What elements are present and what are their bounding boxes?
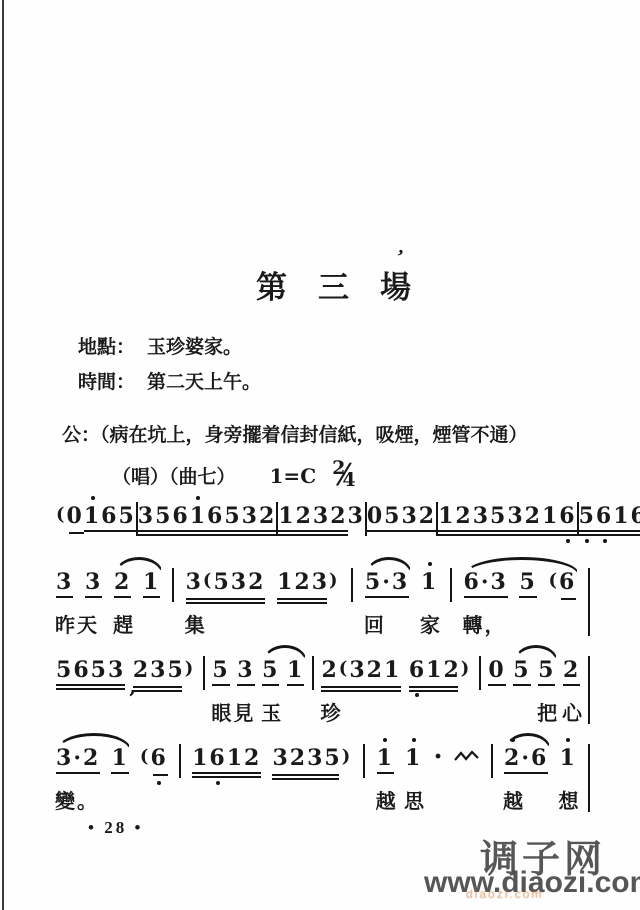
lyric: 思 [404, 785, 426, 814]
time-line: 時間：第二天上午。 [78, 365, 261, 400]
note-digit: 2 [443, 657, 460, 683]
note-token: 5 [519, 569, 536, 599]
note-digit: 2 [259, 503, 276, 529]
note-token: 1612 [192, 745, 261, 775]
note-digit: 5 [213, 569, 230, 595]
note-digit: 6 [73, 657, 90, 683]
note-digit: 5 [365, 569, 382, 595]
stage-direction-text: （病在坑上，身旁擺着信封信紙，吸煙，煙管不通） [100, 425, 528, 446]
note-digit: 2 [114, 569, 131, 595]
note-digit: 1 [438, 503, 455, 529]
key-signature: 1=C [270, 464, 317, 488]
note-token: 1 [111, 745, 128, 775]
note-token: (6 [140, 745, 168, 777]
note-digit: 3 [242, 503, 259, 529]
note-group: 5·3 [365, 569, 409, 599]
note-digit: 2 [83, 745, 100, 771]
note-group: 1 [421, 569, 438, 599]
note-digit: 1 [426, 657, 443, 683]
music-system: (0165356165321232305321235321656161) [56, 503, 590, 553]
stage-direction: 公：（病在坑上，身旁擺着信封信紙，吸煙，煙管不通） [62, 420, 528, 447]
grace-paren: ) [342, 744, 353, 770]
note-group: 1612 [192, 745, 261, 775]
note-digit: 1 [560, 745, 577, 771]
lyric: 眼見 [211, 697, 255, 726]
note-digit: 1 [192, 745, 209, 771]
note-digit: 3 [231, 569, 248, 595]
note-digit: 3 [56, 745, 73, 771]
note-group: 2 [563, 657, 580, 687]
note-group: 5 [513, 657, 530, 687]
note-digit: 3 [312, 569, 329, 595]
note-digit: 1 [111, 745, 128, 771]
note-token: 5把 [538, 657, 555, 687]
time-signature: 2⁄4 [332, 466, 355, 488]
note-token: 5玉 [262, 657, 279, 687]
note-group: 3 [237, 657, 254, 687]
note-digit: 5 [262, 657, 279, 683]
note-token: 0 [488, 657, 505, 687]
barline [588, 656, 590, 724]
note-group: 5 [384, 503, 401, 533]
note-digit: · [73, 745, 83, 771]
lyric: 想 [559, 785, 581, 814]
note-digit: 1 [143, 569, 160, 595]
note-group: 5653, [56, 657, 125, 687]
grace-paren: ( [56, 502, 67, 528]
barline [351, 568, 353, 602]
note-digit: 3 [237, 657, 254, 683]
song-cues: （唱）（曲七） [112, 467, 236, 488]
note-group: 123) [277, 569, 339, 601]
note-digit: 5 [91, 657, 108, 683]
note-digit: 3 [349, 657, 366, 683]
note-group: 3216 [507, 503, 576, 533]
note-token: 2 [419, 503, 436, 533]
note-group: 1 [287, 657, 304, 687]
barline [312, 656, 314, 690]
note-digit: 1 [287, 657, 304, 683]
note-digit: 5 [212, 657, 229, 683]
note-digit: 6 [150, 745, 167, 771]
note-token: 123) [277, 569, 339, 601]
note-token: 1 [287, 657, 304, 687]
note-group: 5 [262, 657, 279, 687]
lyric: 越 [376, 785, 398, 814]
barline [203, 656, 205, 690]
note-digit: · [481, 569, 491, 595]
note-digit: 2 [294, 569, 311, 595]
note-group: 2 [114, 569, 131, 599]
barline [172, 568, 174, 602]
note-digit: 5 [579, 503, 596, 529]
note-group: 612) [409, 657, 471, 689]
note-digit: 1 [542, 503, 559, 529]
note-digit: 0 [67, 503, 84, 529]
note-digit: 1 [384, 657, 401, 683]
note-group: 5 [118, 503, 135, 533]
note-token: 3昨天 [56, 569, 73, 599]
note-token: 612) [409, 657, 471, 689]
note-token: (0 [56, 503, 84, 535]
barline [588, 568, 590, 636]
grace-paren: ) [461, 656, 472, 682]
note-token: 1232 [278, 503, 347, 533]
note-token: 3(532集 [186, 569, 266, 601]
note-digit: 3 [272, 745, 289, 771]
note-digit: 6 [559, 569, 576, 595]
note-group: 5616 [579, 503, 640, 533]
note-digit: 5 [167, 657, 184, 683]
note-token: 1思 [405, 745, 422, 775]
location-line: 地點：玉珍婆家。 [78, 330, 261, 365]
note-digit: 5 [224, 503, 241, 529]
note-digit: 5 [56, 657, 73, 683]
note-token: 3 [85, 569, 102, 599]
note-digit: 2 [525, 503, 542, 529]
note-digit: 3 [150, 657, 167, 683]
note-digit: 2 [419, 503, 436, 529]
note-digit: 2 [367, 657, 384, 683]
scene-title: 第 三 場 [256, 262, 411, 307]
note-digit: 6 [464, 569, 481, 595]
note-group: 2(321 [321, 657, 401, 689]
lyric: 珍 [320, 697, 342, 726]
note-digit: 2 [504, 745, 521, 771]
note-token: 3 [401, 503, 418, 533]
note-group: 3561 [138, 503, 207, 533]
score-page: 第 三 場 ’ 地點：玉珍婆家。 時間：第二天上午。 公：（病在坑上，身旁擺着信… [0, 0, 640, 910]
location-value: 玉珍婆家。 [147, 337, 242, 358]
note-digit: 3 [507, 503, 524, 529]
lyric: 昨天 [55, 609, 99, 638]
note-token: 235) [133, 657, 195, 689]
note-group: 0 [488, 657, 505, 687]
note-digit: 3 [473, 503, 490, 529]
music-system: 3昨天32趕13(532集123)5·3回1家6·3轉，5(6 [56, 569, 590, 651]
note-token: 5眼見 [212, 657, 229, 687]
lyric: 越 [503, 785, 525, 814]
note-group: 2 [419, 503, 436, 533]
note-token: 6·3轉， [464, 569, 508, 599]
lyric: 回 [364, 609, 386, 638]
note-digit: 5 [538, 657, 555, 683]
lyric: 趕 [113, 609, 135, 638]
note-digit: 2 [563, 657, 580, 683]
grace-paren: ) [185, 656, 196, 682]
page-number: • 28 • [88, 818, 143, 838]
note-token: 1想 [560, 745, 577, 775]
note-group: 1 [111, 745, 128, 775]
note-digit: 2 [330, 503, 347, 529]
note-group: 1232 [278, 503, 347, 533]
note-digit: 1 [377, 745, 394, 771]
note-group: 235) [133, 657, 195, 689]
note-token: 5 [384, 503, 401, 533]
note-digit: 3 [85, 569, 102, 595]
note-digit: 6 [531, 745, 548, 771]
note-digit: 0 [367, 503, 384, 529]
note-group: 3 [85, 569, 102, 599]
note-digit: 3 [56, 569, 73, 595]
note-digit: 6 [101, 503, 118, 529]
note-digit: 1 [277, 569, 294, 595]
time-label: 時間： [78, 372, 135, 393]
speaker-label: 公： [62, 425, 100, 446]
note-group: 5 [212, 657, 229, 687]
note-group: 0 [367, 503, 384, 533]
note-group: (0 [56, 503, 84, 535]
note-token: 1 [84, 503, 101, 533]
note-token: 2·6越 [504, 745, 548, 775]
note-group: 1 [377, 745, 394, 775]
note-group: 6 [101, 503, 118, 533]
note-digit: 2 [248, 569, 265, 595]
note-token: 5616 [579, 503, 640, 533]
note-digit: 1 [190, 503, 207, 529]
note-digit: 2 [244, 745, 261, 771]
note-digit: 3 [348, 503, 365, 529]
note-group: 2·6 [504, 745, 548, 775]
note-group: 3(532 [186, 569, 266, 601]
barline [450, 568, 452, 602]
note-digit: 5 [513, 657, 530, 683]
lyric: 變。 [55, 785, 99, 814]
note-token: 6532 [207, 503, 276, 533]
note-digit: 3 [490, 569, 507, 595]
note-group: 6·3 [464, 569, 508, 599]
note-digit: 3 [186, 569, 203, 595]
note-token: 1越 [377, 745, 394, 775]
note-digit: 3 [108, 657, 125, 683]
note-group: 1235 [438, 503, 507, 533]
note-group: 1 [143, 569, 160, 599]
note-group: 6532 [207, 503, 276, 533]
lyric: 把 [537, 697, 559, 726]
lyric: 心 [562, 697, 584, 726]
note-group: 1 [405, 745, 422, 775]
grace-paren: ( [339, 656, 350, 682]
note-group: 3·2 [56, 745, 100, 775]
note-digit: 0 [488, 657, 505, 683]
meter-slash: ⁄ [341, 458, 346, 493]
barline [588, 744, 590, 812]
note-digit: 1 [421, 569, 438, 595]
note-digit: 5 [324, 745, 341, 771]
note-digit: 6 [596, 503, 613, 529]
note-token: 5653, [56, 657, 125, 687]
note-digit: 3 [392, 569, 409, 595]
note-token: 1家 [421, 569, 438, 599]
scene-meta: 地點：玉珍婆家。 時間：第二天上午。 [78, 330, 261, 400]
scene-title-block: 第 三 場 ’ [256, 262, 411, 307]
grace-paren: ) [329, 568, 340, 594]
music-area: (0165356165321232305321235321656161)3昨天3… [56, 503, 590, 833]
note-digit: 6 [209, 745, 226, 771]
note-digit: 6 [172, 503, 189, 529]
note-digit: 2 [455, 503, 472, 529]
note-token: 3235) [272, 745, 352, 777]
scan-edge-line [2, 0, 4, 910]
note-token: (6 [548, 569, 576, 601]
note-digit: 3 [138, 503, 155, 529]
watermark-faint-text: diaozi.com [466, 887, 543, 901]
note-token: 3 [348, 503, 365, 533]
grace-paren: ( [140, 744, 151, 770]
note-digit: 1 [405, 745, 422, 771]
note-token: 0 [367, 503, 384, 533]
note-digit: 5 [384, 503, 401, 529]
note-digit: 2 [296, 503, 313, 529]
note-digit: 5 [490, 503, 507, 529]
note-group: 5 [519, 569, 536, 599]
note-token: 5 [118, 503, 135, 533]
note-token: 6 [101, 503, 118, 533]
note-group: 3 [401, 503, 418, 533]
barline [491, 744, 493, 778]
note-token: 2(321珍 [321, 657, 401, 689]
note-group: (6 [140, 745, 168, 777]
note-digit: 5 [155, 503, 172, 529]
note-digit: 1 [227, 745, 244, 771]
note-digit: 3 [313, 503, 330, 529]
grace-paren: ( [548, 568, 559, 594]
barline [179, 744, 181, 778]
barline [479, 656, 481, 690]
time-value: 第二天上午。 [147, 372, 261, 393]
note-token: 2心 [563, 657, 580, 687]
note-group: 1 [560, 745, 577, 775]
location-label: 地點： [78, 337, 135, 358]
note-digit: 3 [401, 503, 418, 529]
note-digit: 2 [133, 657, 150, 683]
note-digit: 1 [613, 503, 630, 529]
note-token: 5 [513, 657, 530, 687]
note-digit: 6 [559, 503, 576, 529]
note-group: 5 [538, 657, 555, 687]
note-token: 3216 [507, 503, 576, 533]
wave-mark [454, 750, 480, 768]
lyric: 集 [185, 609, 207, 638]
note-digit: 1 [278, 503, 295, 529]
music-system: 5653,235)5眼見35玉12(321珍612)055把2心 [56, 657, 590, 739]
lyric: 轉， [463, 609, 507, 638]
note-digit: 3 [307, 745, 324, 771]
note-token: 1 [143, 569, 160, 599]
note-digit: 6 [631, 503, 640, 529]
note-token: 3 [237, 657, 254, 687]
note-group: 3 [56, 569, 73, 599]
music-system: 3·2變。1(616123235)1越1思·2·6越1想 [56, 745, 590, 827]
note-token: 3·2變。 [56, 745, 100, 775]
note-group: 1 [84, 503, 101, 533]
grace-paren: ( [203, 568, 214, 594]
note-token: 3561 [138, 503, 207, 533]
augmentation-dot: · [434, 745, 443, 769]
note-digit: · [382, 569, 392, 595]
note-digit: 6 [207, 503, 224, 529]
note-token: 1235 [438, 503, 507, 533]
note-digit: 6 [409, 657, 426, 683]
note-digit: 2 [321, 657, 338, 683]
lyric: 玉 [261, 697, 283, 726]
note-digit: · [521, 745, 531, 771]
note-digit: 2 [290, 745, 307, 771]
note-group: (6 [548, 569, 576, 601]
note-digit: 1 [84, 503, 101, 529]
song-header: （唱）（曲七）1=C2⁄4 [112, 456, 356, 491]
note-group: 3235) [272, 745, 352, 777]
barline [363, 744, 365, 778]
note-token: 2趕 [114, 569, 131, 599]
lyric: 家 [420, 609, 442, 638]
note-group: 3 [348, 503, 365, 533]
note-token: 5·3回 [365, 569, 409, 599]
note-digit: 5 [118, 503, 135, 529]
note-digit: 5 [519, 569, 536, 595]
